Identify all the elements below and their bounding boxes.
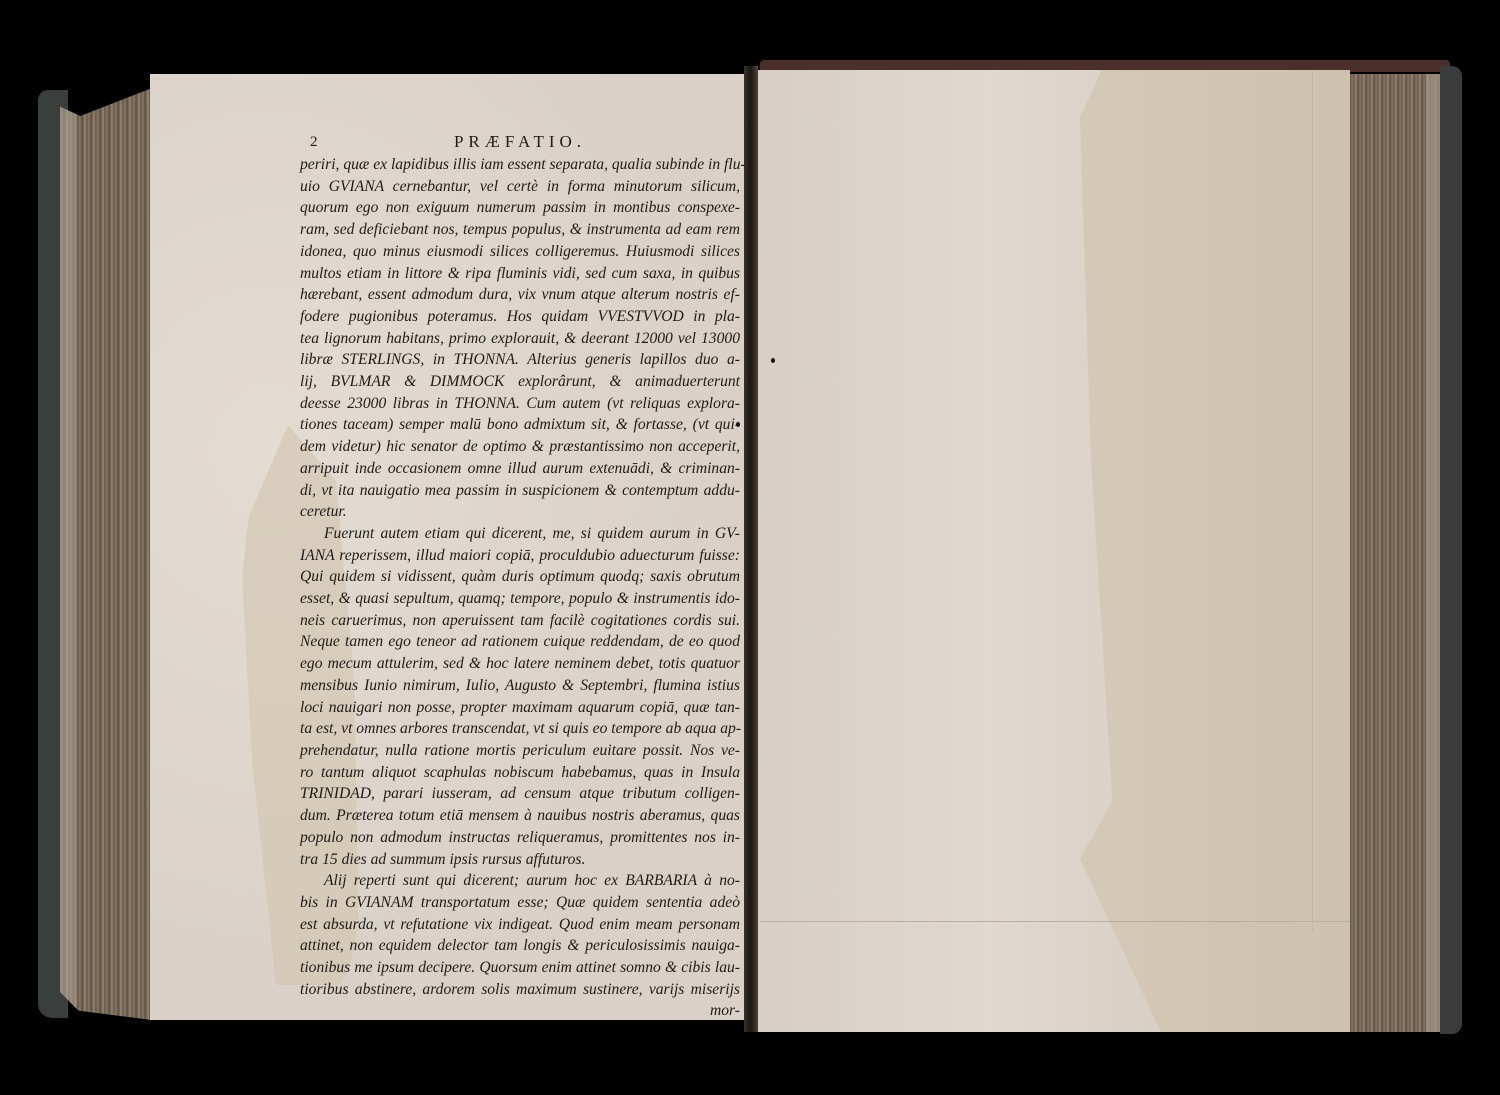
running-head: 2 PRÆFATIO. xyxy=(300,132,740,154)
text-line: Qui quidem si vidissent, quàm duris opti… xyxy=(300,566,740,588)
text-line: neis caruerimus, non aperuissent tam fac… xyxy=(300,610,740,632)
left-page-text: 2 PRÆFATIO. periri, quæ ex lapidibus ill… xyxy=(300,132,740,1022)
text-line: loci nauigari non posse, propter maximam… xyxy=(300,697,740,719)
text-line: lij, BVLMAR & DIMMOCK explorârunt, & ani… xyxy=(300,371,740,393)
right-cover-board xyxy=(1440,66,1462,1034)
right-page-fold-line xyxy=(760,921,1350,922)
text-line: ro tantum aliquot scaphulas nobiscum hab… xyxy=(300,762,740,784)
paragraph-1: periri, quæ ex lapidibus illis iam essen… xyxy=(300,154,740,523)
text-line: idonea, quo minus eiusmodi silices colli… xyxy=(300,241,740,263)
left-page-edges xyxy=(60,88,152,1020)
text-line: Alij reperti sunt qui dicerent; aurum ho… xyxy=(300,870,740,892)
text-line: dem videtur) hic senator de optimo & præ… xyxy=(300,436,740,458)
text-line: mensibus Iunio nimirum, Iulio, Augusto &… xyxy=(300,675,740,697)
text-line: quorum ego non exiguum numerum passim in… xyxy=(300,197,740,219)
text-line: fodere pugionibus poteramus. Hos quidam … xyxy=(300,306,740,328)
text-line: IANA reperissem, illud maiori copiā, pro… xyxy=(300,545,740,567)
right-page-water-stain xyxy=(1080,70,1350,1032)
text-line: multos etiam in littore & ripa fluminis … xyxy=(300,263,740,285)
text-line: ram, sed deficiebant nos, tempus populus… xyxy=(300,219,740,241)
text-line: hærebant, essent admodum dura, vix vnum … xyxy=(300,284,740,306)
text-line: tea lignorum habitans, primo explorauit,… xyxy=(300,328,740,350)
text-line: est absurda, vt refutatione vix indigeat… xyxy=(300,914,740,936)
paragraph-2: Fuerunt autem etiam qui dicerent, me, si… xyxy=(300,523,740,870)
text-line: ceretur. xyxy=(300,501,740,523)
right-page-vertical-fold xyxy=(1312,70,1313,932)
book-gutter xyxy=(744,66,758,1032)
text-line: ego mecum attulerim, sed & hoc latere ne… xyxy=(300,653,740,675)
text-line: di, vt ita nauigatio mea passim in suspi… xyxy=(300,480,740,502)
right-page-edges xyxy=(1350,74,1454,1032)
text-line: libræ STERLINGS, in THONNA. Alterius gen… xyxy=(300,349,740,371)
text-line: Neque tamen ego teneor ad rationem cuiqu… xyxy=(300,631,740,653)
text-line: tiones taceam) semper malū bono admixtum… xyxy=(300,414,740,436)
text-line: esset, & quasi sepultum, quamq; tempore,… xyxy=(300,588,740,610)
text-line: bis in GVIANAM transportatum esse; Quæ q… xyxy=(300,892,740,914)
text-line: TRINIDAD, parari iusseram, ad censum atq… xyxy=(300,783,740,805)
text-line: ta est, vt omnes arbores transcendat, vt… xyxy=(300,718,740,740)
catchword: mor- xyxy=(300,1000,740,1022)
text-line: tioribus abstinere, ardorem solis maximu… xyxy=(300,979,740,1001)
text-line: Fuerunt autem etiam qui dicerent, me, si… xyxy=(300,523,740,545)
text-line: arripuit inde occasionem omne illud auru… xyxy=(300,458,740,480)
text-line: attinet, non equidem delector tam longis… xyxy=(300,935,740,957)
text-line: prehendatur, nulla ratione mortis pericu… xyxy=(300,740,740,762)
paragraph-3: Alij reperti sunt qui dicerent; aurum ho… xyxy=(300,870,740,1022)
text-line: deesse 23000 libras in THONNA. Cum autem… xyxy=(300,393,740,415)
open-book: 2 PRÆFATIO. periri, quæ ex lapidibus ill… xyxy=(0,0,1500,1095)
text-line: populo non admodum instructas reliqueram… xyxy=(300,827,740,849)
text-line: dum. Præterea totum etiā mensem à nauibu… xyxy=(300,805,740,827)
running-head-title: PRÆFATIO. xyxy=(300,132,740,152)
ink-speck xyxy=(771,358,775,363)
text-line: tra 15 dies ad summum ipsis rursus affut… xyxy=(300,849,740,871)
text-line: tionibus me ipsum decipere. Quorsum enim… xyxy=(300,957,740,979)
text-line: uio GVIANA cernebantur, vel certè in for… xyxy=(300,176,740,198)
text-line: periri, quæ ex lapidibus illis iam essen… xyxy=(300,154,740,176)
